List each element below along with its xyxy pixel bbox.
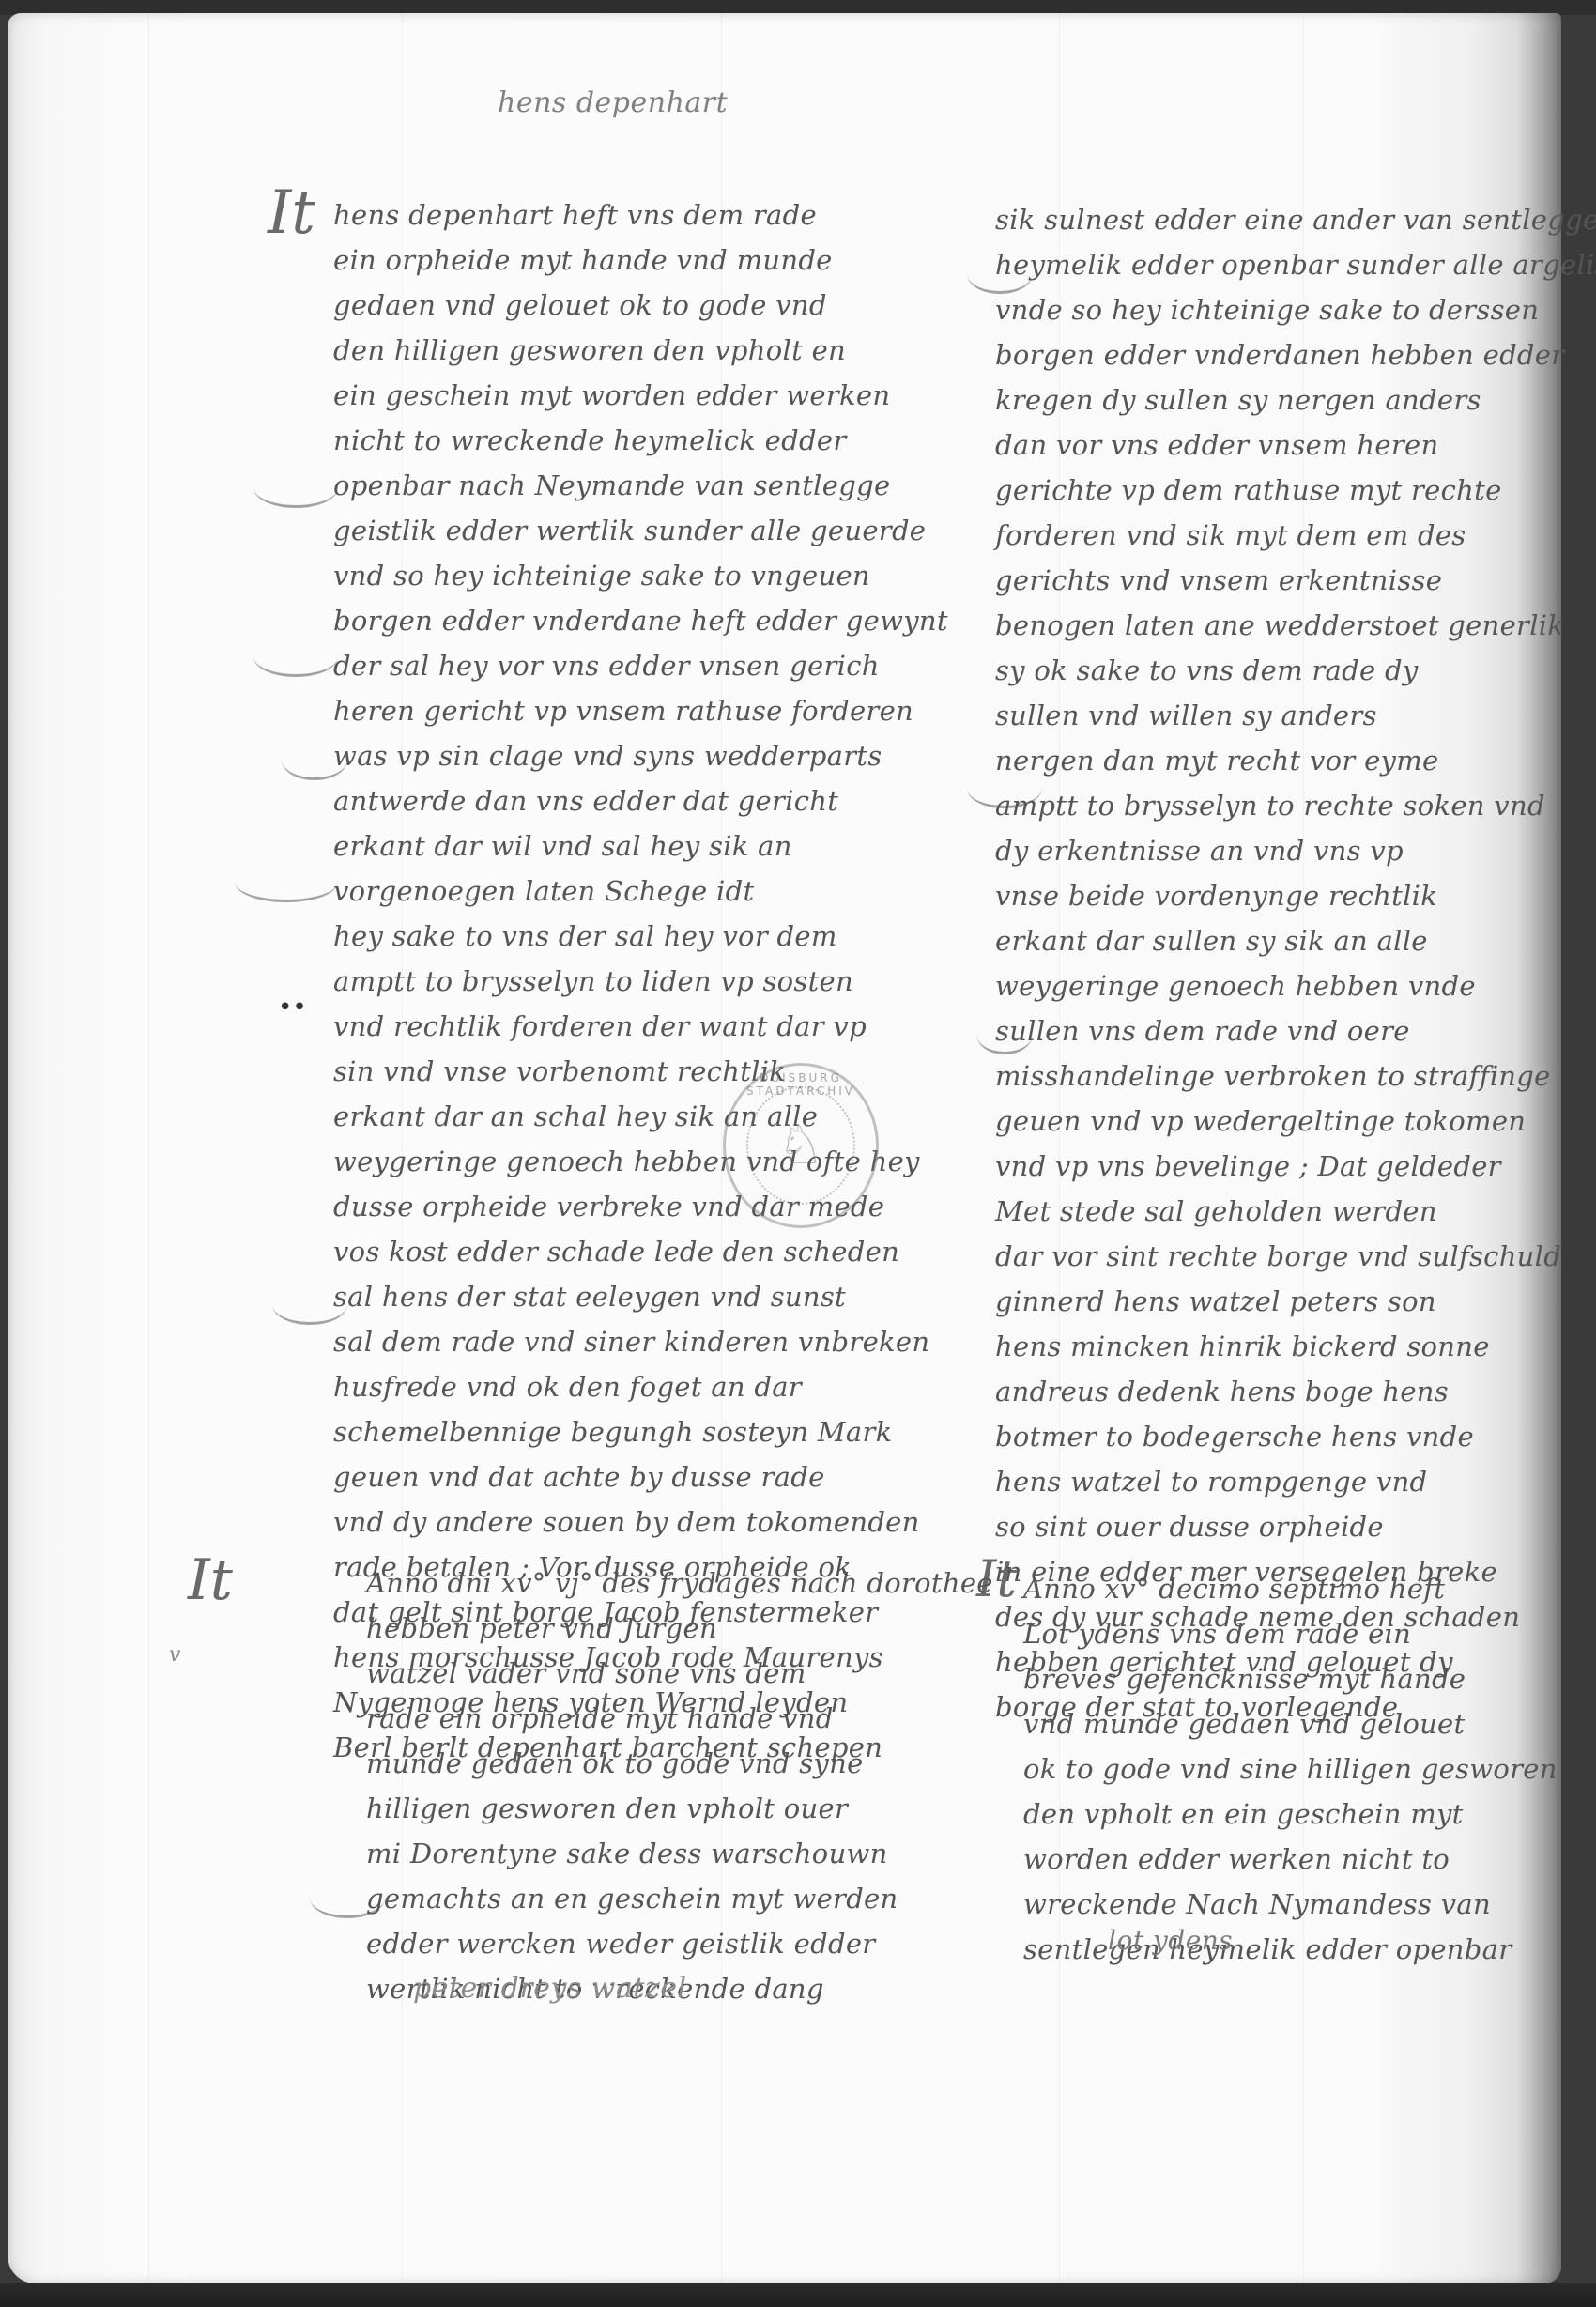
text-line: vorgenoegen laten Schege idt <box>333 869 906 914</box>
text-line: geuen vnd vp wedergeltinge tokomen <box>995 1099 1540 1144</box>
text-line: nergen dan myt recht vor eyme <box>995 738 1540 783</box>
text-line: was vp sin clage vnd syns wedderparts <box>333 733 906 778</box>
text-line: andreus dedenk hens boge hens <box>995 1369 1540 1414</box>
text-line: so sint ouer dusse orpheide <box>995 1504 1540 1549</box>
text-line: geuen vnd dat achte by dusse rade <box>333 1454 906 1500</box>
left-column-entry-1: hens depenhart heft vns dem rade ein orp… <box>333 192 906 1770</box>
archive-stamp: DUISBURG STADTARCHIV ♘ <box>723 1063 879 1228</box>
text-line: weygeringe genoech hebben vnde <box>995 963 1540 1008</box>
text-line: hens watzel to rompgenge vnd <box>995 1459 1540 1504</box>
text-line: vnse beide vordenynge rechtlik <box>995 873 1540 918</box>
text-line: sik sulnest edder eine ander van sentleg… <box>995 197 1540 242</box>
text-line: borgen edder vnderdane heft edder gewynt <box>333 598 906 643</box>
text-line: heren gericht vp vnsem rathuse forderen <box>333 688 906 733</box>
text-line: gedaen vnd gelouet ok to gode vnd <box>333 283 906 328</box>
text-line: gerichts vnd vnsem erkentnisse <box>995 558 1540 603</box>
text-line: Met stede sal geholden werden <box>995 1189 1540 1234</box>
paper-ruling-line <box>148 13 149 2284</box>
text-line: erkant dar wil vnd sal hey sik an <box>333 823 906 869</box>
text-line: openbar nach Neymande van sentlegge <box>333 463 906 508</box>
text-line: vnd vp vns bevelinge ; Dat geldeder <box>995 1144 1540 1189</box>
text-line: benogen laten ane wedderstoet generlik <box>995 603 1540 648</box>
flourish-stroke <box>253 637 338 677</box>
page-heading: hens depenhart <box>498 86 728 119</box>
text-line: schemelbennige begungh sosteyn Mark <box>333 1409 906 1454</box>
text-line: husfrede vnd ok den foget an dar <box>333 1364 906 1409</box>
text-line: vnde so hey ichteinige sake to derssen <box>995 287 1540 332</box>
text-line: sullen vns dem rade vnd oere <box>995 1008 1540 1054</box>
text-line: dan vor vns edder vnsem heren <box>995 423 1540 468</box>
text-line: der sal hey vor vns edder vnsen gerich <box>333 643 906 688</box>
flourish-stroke <box>235 862 338 902</box>
text-line: Anno xv° decimo septimo heft <box>1023 1566 1549 1611</box>
flourish-stroke <box>253 468 338 508</box>
text-line: hey sake to vns der sal hey vor dem <box>333 914 906 959</box>
text-line: hilligen gesworen den vpholt ouer <box>366 1786 920 1831</box>
text-line: hens mincken hinrik bickerd sonne <box>995 1324 1540 1369</box>
text-line: munde gedaen ok to gode vnd syne <box>366 1741 920 1786</box>
text-line: erkant dar sullen sy sik an alle <box>995 918 1540 963</box>
entry-footer-name: lot ydens <box>1108 1925 1233 1956</box>
text-line: breves gefencknisse myt hande <box>1023 1656 1549 1701</box>
text-line: Anno dni xv° vj° des frydages nach dorot… <box>366 1561 920 1606</box>
text-line: nicht to wreckende heymelick edder <box>333 418 906 463</box>
text-line: kregen dy sullen sy nergen anders <box>995 377 1540 423</box>
bottom-page-edge <box>0 2283 1596 2307</box>
text-line: sullen vnd willen sy anders <box>995 693 1540 738</box>
text-line: heymelik edder openbar sunder alle argel… <box>995 242 1540 287</box>
text-line: mi Dorentyne sake dess warschouwn <box>366 1831 920 1876</box>
margin-v-mark: v <box>169 1643 181 1667</box>
text-line: Lot ydens vns dem rade ein <box>1023 1611 1549 1656</box>
text-line: forderen vnd sik myt dem em des <box>995 513 1540 558</box>
page-footer-name: peter dreys watzel <box>413 1972 687 2005</box>
text-line: vnd dy andere souen by dem tokomenden <box>333 1500 906 1545</box>
left-column-entry-2: Anno dni xv° vj° des frydages nach dorot… <box>366 1561 920 2011</box>
text-line: borgen edder vnderdanen hebben edder <box>995 332 1540 377</box>
margin-dots-mark: •• <box>278 993 307 1022</box>
text-line: hens depenhart heft vns dem rade <box>333 192 906 238</box>
text-line: vnd munde gedaen vnd gelouet <box>1023 1701 1549 1746</box>
text-line: edder wercken weder geistlik edder <box>366 1921 920 1966</box>
text-line: ok to gode vnd sine hilligen gesworen <box>1023 1746 1549 1792</box>
text-line: botmer to bodegersche hens vnde <box>995 1414 1540 1459</box>
text-line: gemachts an en geschein myt werden <box>366 1876 920 1921</box>
text-line: sy ok sake to vns dem rade dy <box>995 648 1540 693</box>
text-line: hebben peter vnd Jurgen <box>366 1606 920 1651</box>
text-line: watzel vader vnd sone vns dem <box>366 1651 920 1696</box>
text-line: dar vor sint rechte borge vnd sulfschuld <box>995 1234 1540 1279</box>
text-line: amptt to brysselyn to liden vp sosten <box>333 959 906 1004</box>
text-line: misshandelinge verbroken to straffinge <box>995 1054 1540 1099</box>
text-line: vnd so hey ichteinige sake to vngeuen <box>333 553 906 598</box>
text-line: wreckende Nach Nymandess van <box>1023 1882 1549 1927</box>
text-line: den vpholt en ein geschein myt <box>1023 1792 1549 1837</box>
text-line: dy erkentnisse an vnd vns vp <box>995 828 1540 873</box>
text-line: sentlegen heymelik edder openbar <box>1023 1927 1549 1972</box>
lion-emblem-icon: ♘ <box>746 1086 855 1205</box>
item-margin-mark: It <box>188 1547 233 1613</box>
text-line: ein orpheide myt hande vnd munde <box>333 238 906 283</box>
text-line: ein geschein myt worden edder werken <box>333 373 906 418</box>
text-line: geistlik edder wertlik sunder alle geuer… <box>333 508 906 553</box>
stamp-text: DUISBURG STADTARCHIV <box>726 1071 876 1098</box>
text-line: amptt to brysselyn to rechte soken vnd <box>995 783 1540 828</box>
text-line: sal hens der stat eeleygen vnd sunst <box>333 1274 906 1319</box>
right-column-entry-2: Anno xv° decimo septimo heft Lot ydens v… <box>1023 1566 1549 1972</box>
right-column-entry-1: sik sulnest edder eine ander van sentleg… <box>995 197 1540 1730</box>
text-line: vnd rechtlik forderen der want dar vp <box>333 1004 906 1049</box>
text-line: vos kost edder schade lede den scheden <box>333 1229 906 1274</box>
text-line: rade ein orpheide myt hande vnd <box>366 1696 920 1741</box>
item-margin-mark: It <box>268 178 315 248</box>
text-line: sal dem rade vnd siner kinderen vnbreken <box>333 1319 906 1364</box>
text-line: gerichte vp dem rathuse myt rechte <box>995 468 1540 513</box>
text-line: den hilligen gesworen den vpholt en <box>333 328 906 373</box>
text-line: worden edder werken nicht to <box>1023 1837 1549 1882</box>
text-line: ginnerd hens watzel peters son <box>995 1279 1540 1324</box>
text-line: antwerde dan vns edder dat gericht <box>333 778 906 823</box>
